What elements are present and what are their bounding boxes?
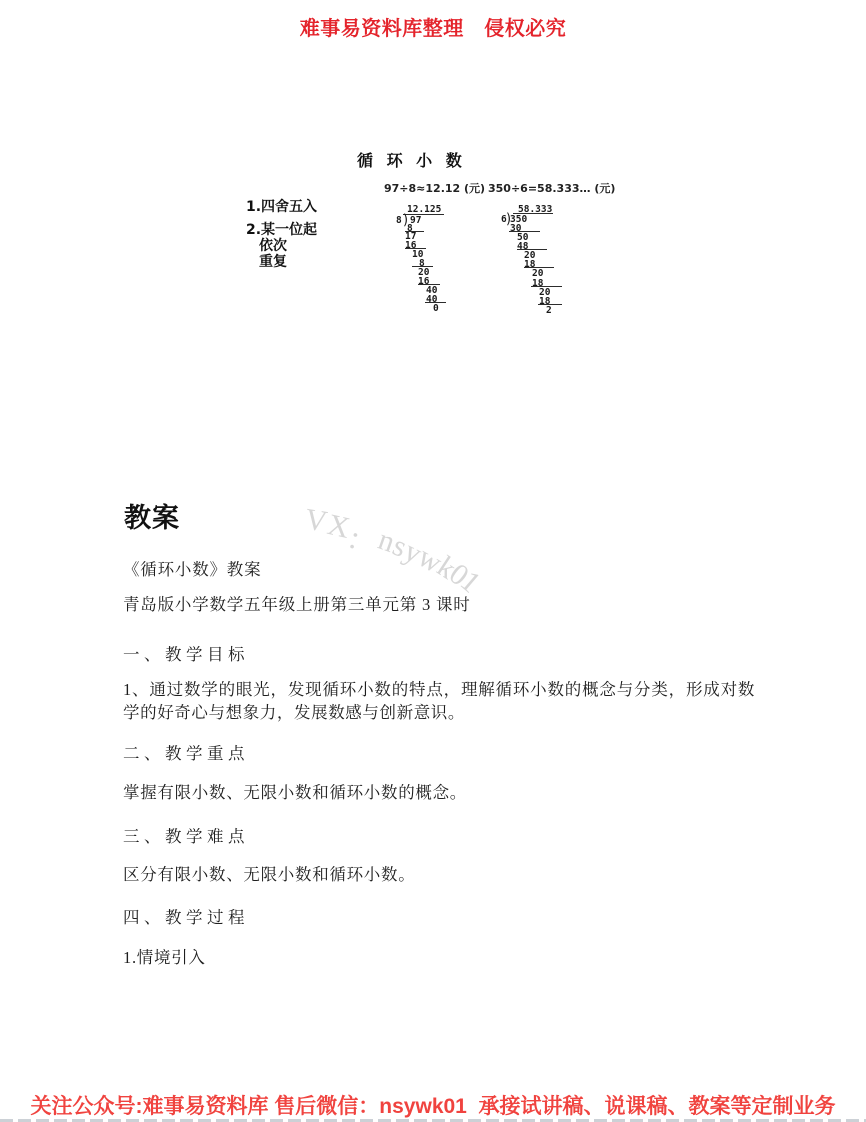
division-remainder: 2 [546,306,552,316]
watermark-text: VX：nsywk01 [299,502,495,591]
page-title: 教案 [124,496,180,535]
section-heading-1: 一、教学目标 [123,643,249,666]
long-division-1: 12.125 8 ) 97 8 17 16 10 8 20 16 40 40 0 [396,204,471,319]
section-heading-4: 四、教学过程 [123,906,249,929]
paragraph: 掌握有限小数、无限小数和循环小数的概念。 [123,781,467,804]
doc-edition-line: 青岛版小学数学五年级上册第三单元第 3 课时 [123,593,471,616]
document-page: 难事易资料库整理 侵权必究 循 环 小 数 1.四舍五入 2.某一位起 依次 重… [0,0,866,1122]
long-division-2: 58.333 6 ) 350 30 50 48 20 18 20 18 20 1… [500,204,575,319]
division-equation-2: 350÷6=58.333… (元) [488,180,615,196]
section-heading-2: 二、教学重点 [123,742,249,765]
division-equation-1: 97÷8≈12.12 (元) [384,180,485,196]
paragraph: 1、通过数学的眼光，发现循环小数的特点，理解循环小数的概念与分类，形成对数学的好… [123,678,755,725]
worksheet-image: 循 环 小 数 1.四舍五入 2.某一位起 依次 重复 97÷8≈12.12 (… [240,145,630,335]
worksheet-title: 循 环 小 数 [357,148,466,171]
doc-subtitle: 《循环小数》教案 [123,558,261,581]
worksheet-note-rounding: 1.四舍五入 [246,196,317,216]
footer-banner: 关注公众号:难事易资料库 售后微信：nsywk01 承接试讲稿、说课稿、教案等定… [0,1090,866,1120]
worksheet-note-repeat: 重复 [259,251,287,271]
paragraph: 1.情境引入 [123,946,206,969]
paragraph: 区分有限小数、无限小数和循环小数。 [123,863,415,886]
divisor: 8 [396,216,402,226]
division-remainder: 0 [433,304,439,314]
header-banner: 难事易资料库整理 侵权必究 [0,12,866,41]
section-heading-3: 三、教学难点 [123,825,249,848]
